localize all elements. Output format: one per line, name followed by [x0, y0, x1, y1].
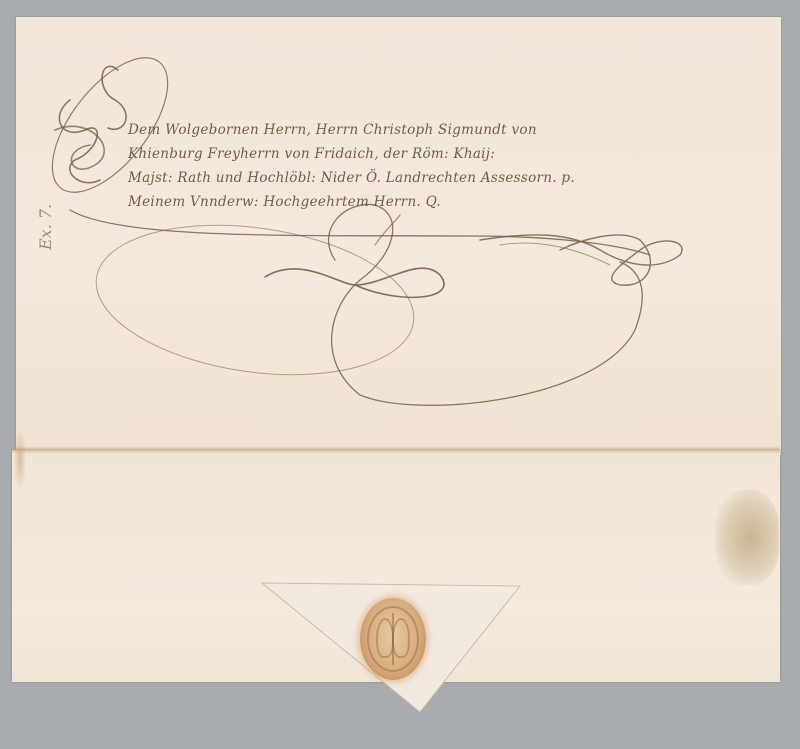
archive-note: Ex. 7.	[36, 204, 55, 250]
fold-crease	[12, 446, 780, 454]
address-line-2: Khienburg Freyherrn von Fridaich, der Rö…	[128, 142, 718, 166]
document-scan: Dem Wolgebornen Herrn, Herrn Christoph S…	[0, 0, 800, 749]
address-line-3: Majst: Rath und Hochlöbl: Nider Ö. Landr…	[128, 166, 718, 190]
wax-seal-icon	[360, 598, 426, 680]
recipient-address: Dem Wolgebornen Herrn, Herrn Christoph S…	[128, 118, 718, 214]
seal-motif-right	[392, 618, 410, 658]
letter-upper-panel	[16, 17, 781, 455]
address-line-1: Dem Wolgebornen Herrn, Herrn Christoph S…	[128, 118, 718, 142]
water-stain	[715, 490, 779, 585]
address-line-4: Meinem Vnnderw: Hochgeehrtem Herrn. Q.	[128, 190, 718, 214]
edge-stain	[14, 430, 26, 490]
